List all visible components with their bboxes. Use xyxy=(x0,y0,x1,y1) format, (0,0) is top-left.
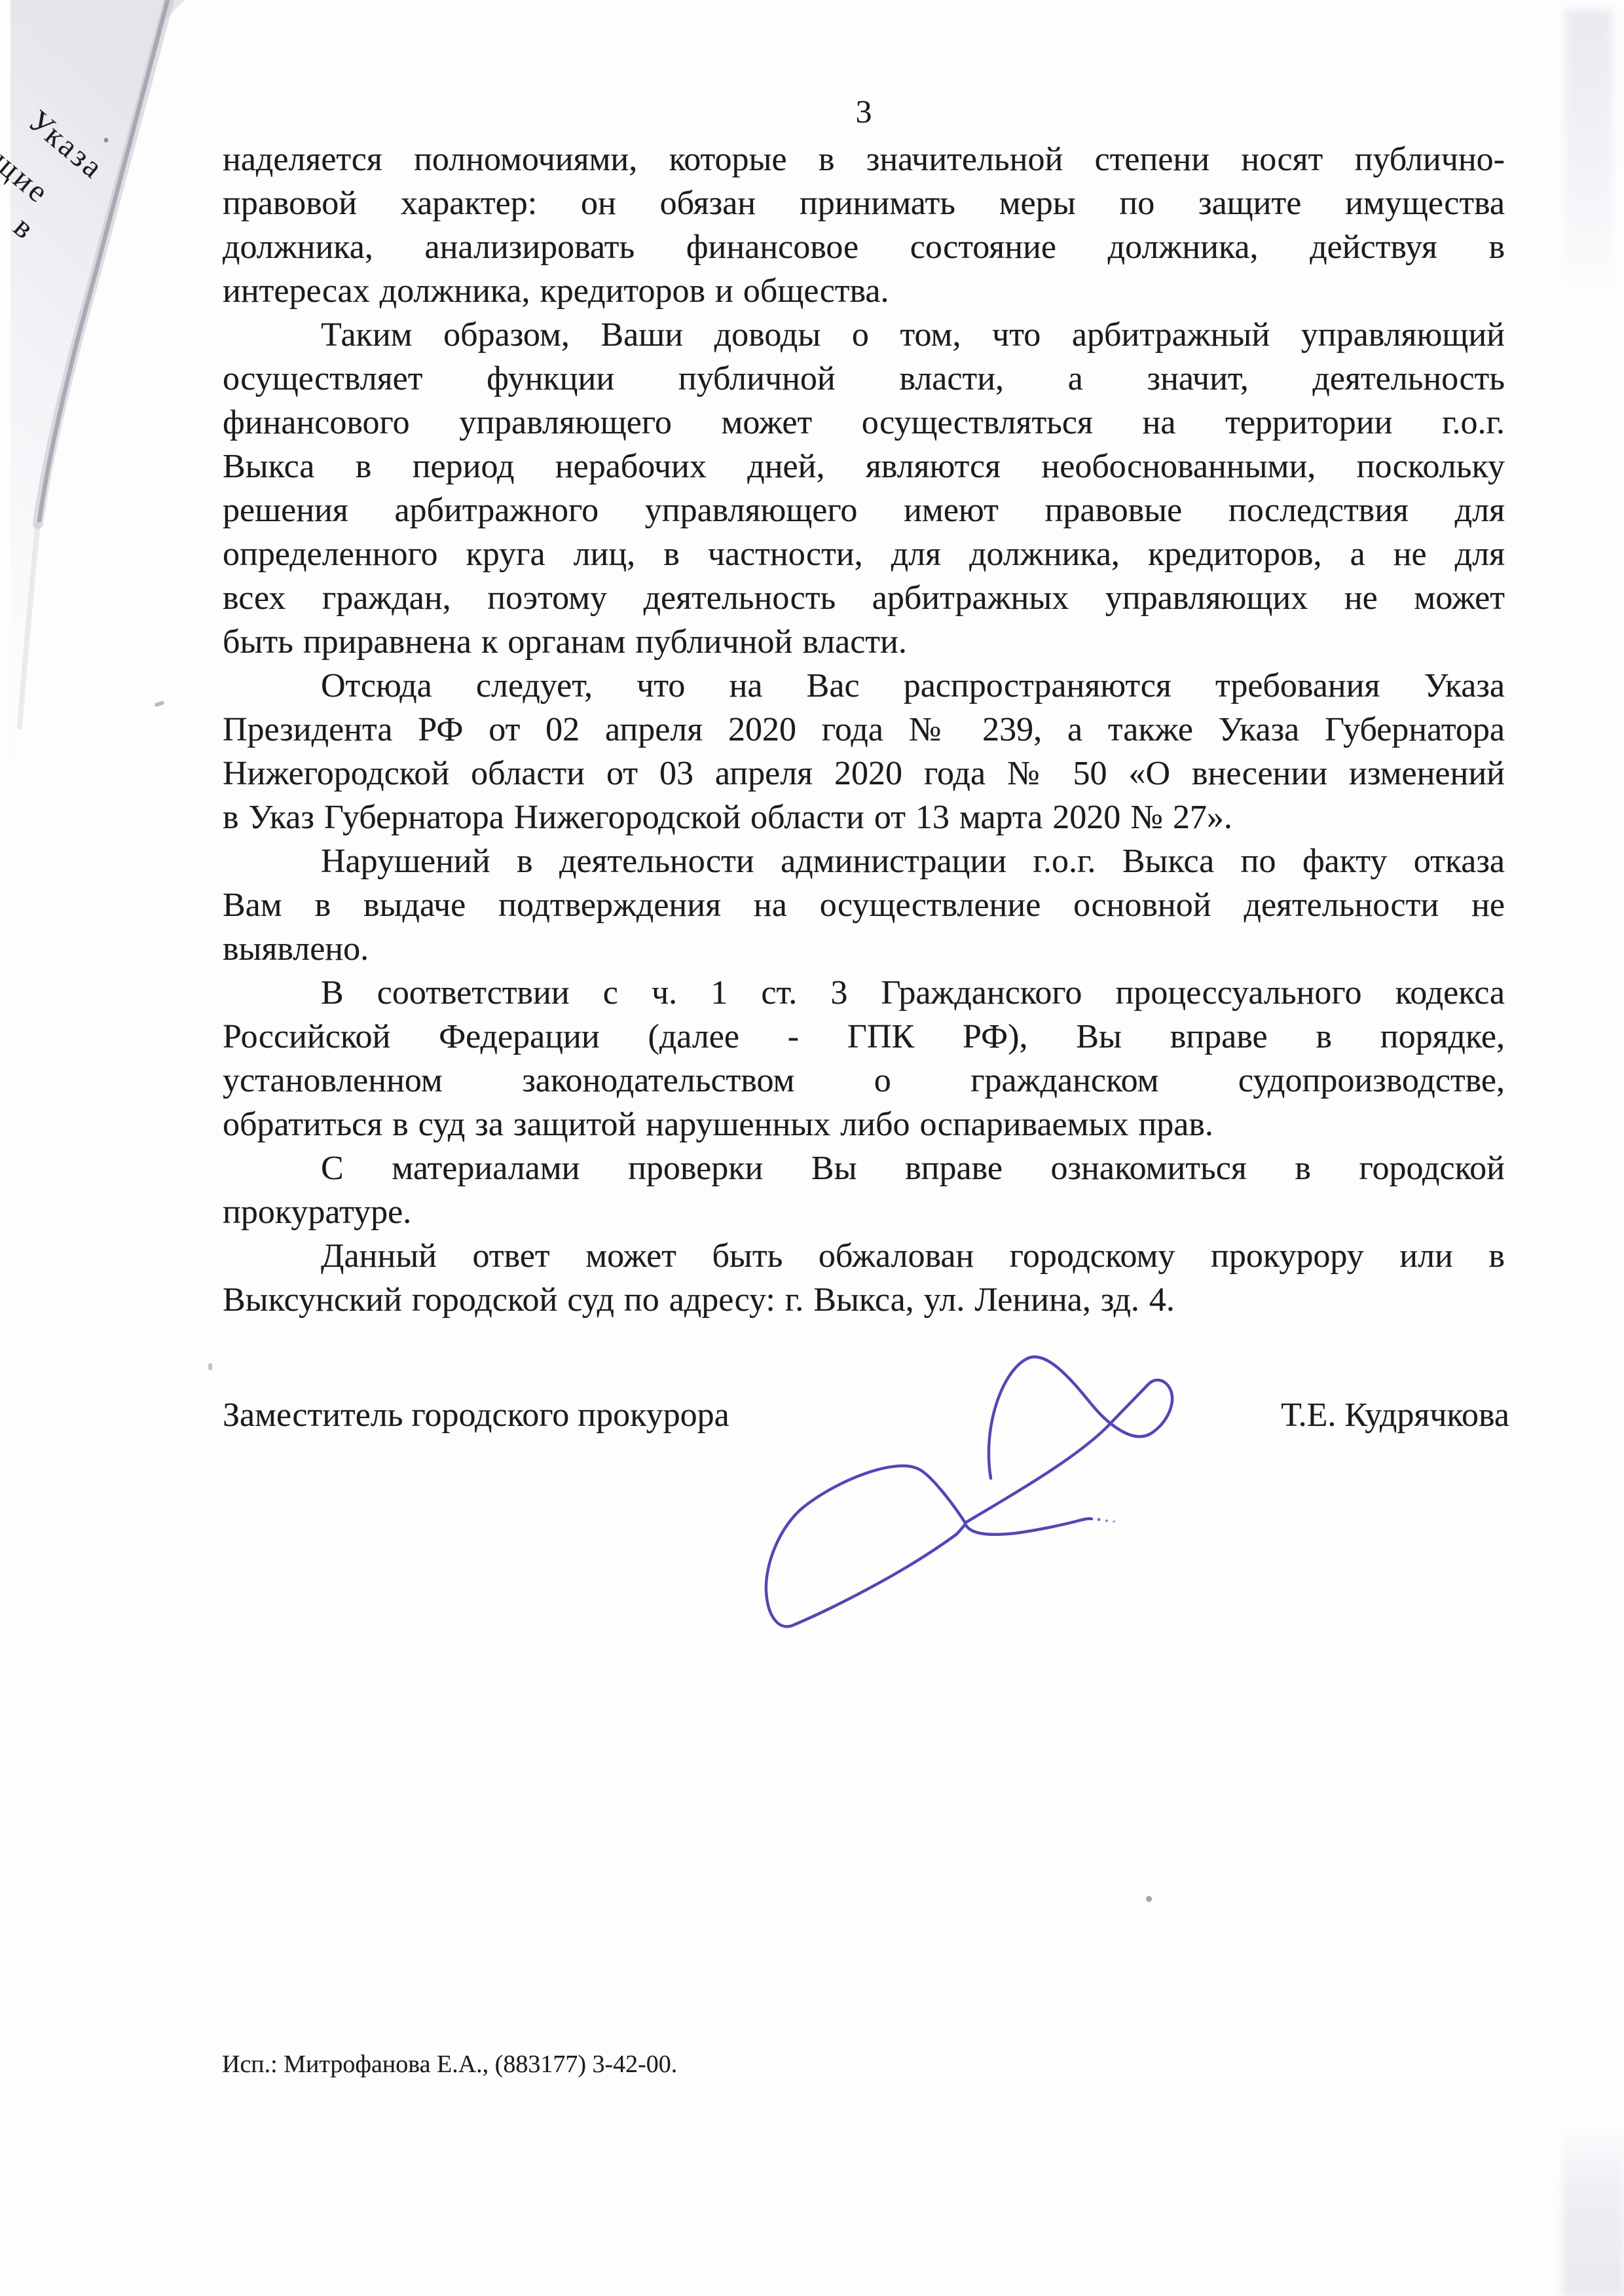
text-line: решения арбитражного управляющего имеют … xyxy=(223,488,1505,532)
scan-speck xyxy=(1146,1896,1152,1902)
document-page: Указа щие в 3 наделяется полномочиями, к… xyxy=(0,0,1624,2296)
letter-body: наделяется полномочиями, которые в значи… xyxy=(223,137,1505,1322)
page-number: 3 xyxy=(223,90,1505,134)
text-line: Вам в выдаче подтверждения на осуществле… xyxy=(223,883,1505,927)
text-line: правовой характер: он обязан принимать м… xyxy=(223,181,1505,225)
text-line: Отсюда следует, что на Вас распространяю… xyxy=(223,664,1505,708)
text-line: Нарушений в деятельности администрации г… xyxy=(223,839,1505,883)
text-line: должника, анализировать финансовое состо… xyxy=(223,225,1505,269)
text-line: осуществляет функции публичной власти, а… xyxy=(223,357,1505,401)
text-line: Выксунский городской суд по адресу: г. В… xyxy=(223,1278,1505,1322)
text-line: В соответствии с ч. 1 ст. 3 Гражданского… xyxy=(223,971,1505,1015)
text-line: установленном законодательством о гражда… xyxy=(223,1059,1505,1102)
text-line: Российской Федерации (далее - ГПК РФ), В… xyxy=(223,1015,1505,1059)
text-line: выявлено. xyxy=(223,927,1505,971)
fold-paper xyxy=(10,0,185,812)
signature-ink-dot xyxy=(1105,1520,1108,1522)
fold-crease-soft xyxy=(38,0,169,524)
text-line: Данный ответ может быть обжалован городс… xyxy=(223,1234,1505,1278)
fold-text-fragment: Указа xyxy=(22,103,111,187)
text-line: Выкса в период нерабочих дней, являются … xyxy=(223,445,1505,488)
signer-title: Заместитель городского прокурора xyxy=(223,1393,729,1437)
text-line: финансового управляющего может осуществл… xyxy=(223,401,1505,445)
text-line: прокуратуре. xyxy=(223,1190,1505,1234)
text-line: обратиться в суд за защитой нарушенных л… xyxy=(223,1102,1505,1146)
signature-ink-dot xyxy=(1098,1518,1101,1522)
text-line: Нижегородской области от 03 апреля 2020 … xyxy=(223,752,1505,795)
text-line: Таким образом, Ваши доводы о том, что ар… xyxy=(223,313,1505,357)
signature-block: Заместитель городского прокурора Т.Е. Ку… xyxy=(223,1393,1509,1437)
text-line: определенного круга лиц, в частности, дл… xyxy=(223,532,1505,576)
scan-edge-artifact xyxy=(1565,10,1612,291)
fold-crease-fade xyxy=(20,524,38,727)
text-line: Президента РФ от 02 апреля 2020 года № 2… xyxy=(223,708,1505,752)
text-line: в Указ Губернатора Нижегородской области… xyxy=(223,795,1505,839)
text-line: наделяется полномочиями, которые в значи… xyxy=(223,137,1505,181)
fold-text-fragment: щие xyxy=(0,144,57,211)
signature-ink-dot xyxy=(1113,1520,1115,1523)
signer-name: Т.Е. Кудрячкова xyxy=(1281,1393,1509,1437)
signature-ink xyxy=(740,1329,1198,1656)
text-line: интересах должника, кредиторов и обществ… xyxy=(223,269,1505,313)
executor-note: Исп.: Митрофанова Е.А., (883177) 3-42-00… xyxy=(222,2048,677,2081)
text-line: всех граждан, поэтому деятельность арбит… xyxy=(223,576,1505,620)
text-line: С материалами проверки Вы вправе ознаком… xyxy=(223,1146,1505,1190)
scan-edge-artifact xyxy=(1562,2125,1624,2296)
fold-crease-icon xyxy=(39,0,168,520)
scan-speck xyxy=(208,1363,212,1370)
fold-ink-speck xyxy=(104,138,109,143)
fold-text-fragment: в xyxy=(7,210,43,247)
scan-speck xyxy=(154,701,164,707)
text-line: быть приравнена к органам публичной влас… xyxy=(223,620,1505,664)
